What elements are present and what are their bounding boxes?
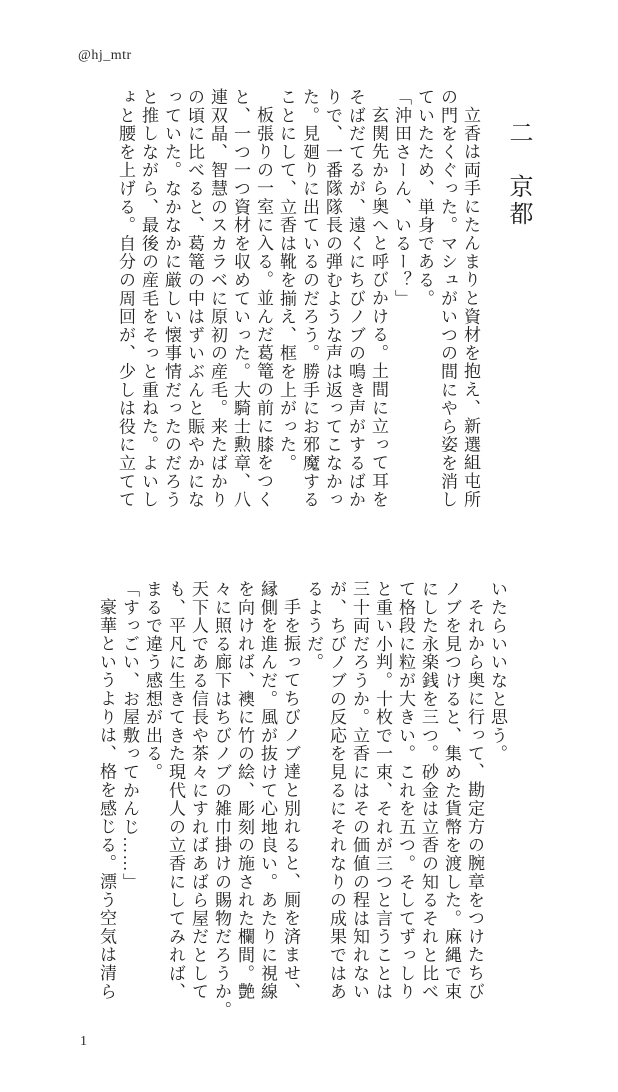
body-text-bottom-block: いたらいいなと思う。 それから奥に行って、勘定方の腕章をつけたちび ノブを見つけ…: [94, 580, 506, 1050]
text-column: にした永楽銭を三つ。砂金は立香の知るそれと比べ: [420, 580, 437, 1050]
page-number: 1: [80, 1034, 87, 1050]
text-column: と推しながら、最後の産毛をそっと重ねた。よいし: [140, 88, 157, 533]
text-column: が、ちびノブの反応を見るにそれなりの成果ではあ: [328, 580, 345, 1050]
text-column: そばだてるが、遠くにちびノブの鳴き声がするばか: [347, 88, 364, 533]
text-column: 三十両だろうか。立香にはその価値の程は知れない: [351, 580, 368, 1050]
text-column: っていた。なかなかに厳しい懐事情だったのだろう: [163, 88, 180, 533]
text-column: 「すっごい、お屋敷ってかんじ……」: [121, 580, 138, 1050]
text-column: まるで違う感想が出る。: [144, 580, 161, 1050]
body-text-top-block: 立香は両手にたんまりと資材を抱え、新選組屯所 の門をくぐった。マシュがいつの間に…: [113, 88, 479, 533]
text-column: の門をくぐった。マシュがいつの間にやら姿を消し: [439, 88, 456, 533]
novel-page: @hj_mtr 二 京都 立香は両手にたんまりと資材を抱え、新選組屯所 の門をく…: [0, 0, 618, 1092]
author-handle: @hj_mtr: [78, 48, 132, 64]
text-column: ノブを見つけると、集めた貨幣を渡した。麻縄で束: [443, 580, 460, 1050]
text-column: の頃に比べると、葛篭の中はずいぶんと賑やかにな: [186, 88, 203, 533]
text-column: ことにして、立香は靴を揃え、框を上がった。: [278, 88, 295, 533]
text-column: いたらいいなと思う。: [489, 580, 506, 1050]
chapter-title: 二 京都: [501, 120, 536, 228]
text-column: た。見廻りに出ているのだろう。勝手にお邪魔する: [301, 88, 318, 533]
text-column: 連双晶、智慧のスカラベに原初の産毛。来たばかり: [209, 88, 226, 533]
text-column: 立香は両手にたんまりと資材を抱え、新選組屯所: [462, 88, 479, 533]
text-column: りで、一番隊隊長の弾むような声は返ってこなかっ: [324, 88, 341, 533]
text-column: それから奥に行って、勘定方の腕章をつけたちび: [466, 580, 483, 1050]
text-column: を向ければ、襖に竹の絵、彫刻の施された欄間。艶: [236, 580, 253, 1050]
text-column: 縁側を進んだ。風が抜けて心地良い。あたりに視線: [259, 580, 276, 1050]
text-column: るようだ。: [305, 580, 322, 1050]
text-column: 板張りの一室に入る。並んだ葛篭の前に膝をつく: [255, 88, 272, 533]
text-column: 「沖田さーん、いるー？」: [393, 88, 410, 533]
text-column: ょと腰を上げる。自分の周回が、少しは役に立てて: [117, 88, 134, 533]
text-column: て格段に粒が大きい。これを五つ。そしてずっしり: [397, 580, 414, 1050]
text-column: も、平凡に生きてきた現代人の立香にしてみれば、: [167, 580, 184, 1050]
text-column: 々に照る廊下はちびノブの雑巾掛けの賜物だろうか。: [213, 580, 230, 1050]
text-column: 玄関先から奥へと呼びかける。土間に立って耳を: [370, 88, 387, 533]
text-column: と、一つ一つ資材を収めていった。大騎士勲章、八: [232, 88, 249, 533]
text-column: と重い小判。十枚で一束、それが三つと言うことは: [374, 580, 391, 1050]
text-column: 豪華というよりは、格を感じる。漂う空気は清ら: [98, 580, 115, 1050]
text-column: ていたため、単身である。: [416, 88, 433, 533]
text-column: 手を振ってちびノブ達と別れると、厠を済ませ、: [282, 580, 299, 1050]
text-column: 天下人である信長や茶々にすればあばら屋だとして: [190, 580, 207, 1050]
